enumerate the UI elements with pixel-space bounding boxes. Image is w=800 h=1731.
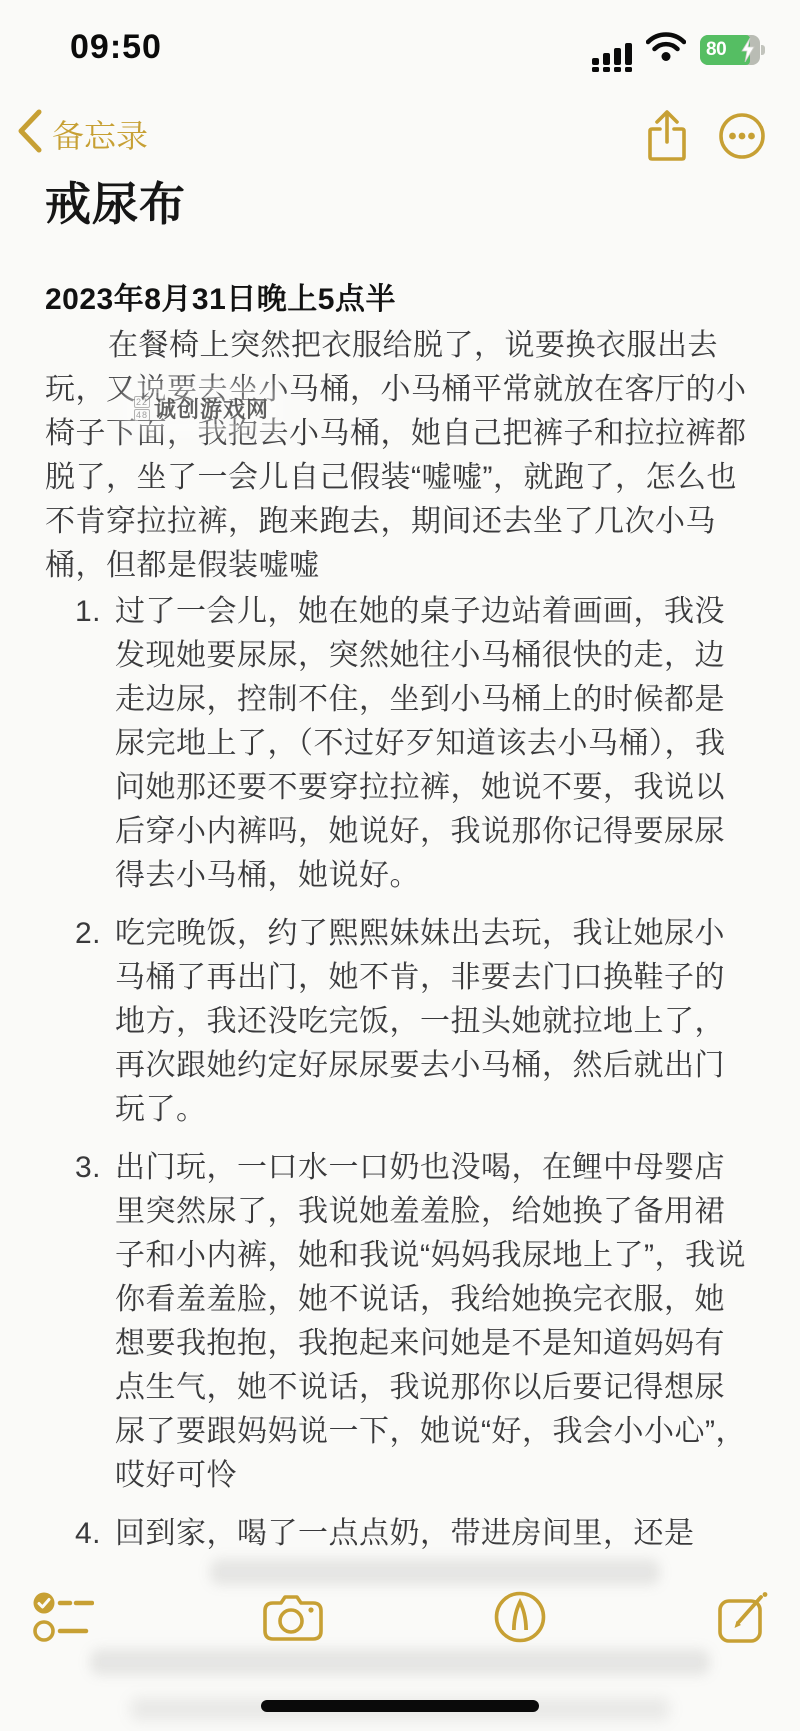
back-button[interactable]: 备忘录 <box>16 108 148 159</box>
cellular-signal-icon <box>592 35 632 65</box>
battery-percent: 80 <box>700 39 726 61</box>
camera-button[interactable] <box>263 1593 323 1641</box>
checklist-icon <box>32 1591 94 1643</box>
watermark: 22 48 诚创游戏网 <box>134 393 269 424</box>
nav-actions <box>645 108 767 164</box>
numbered-list: 1. 过了一会儿，她在她的桌子边站着画画，我没发现她要尿尿，突然她往小马桶很快的… <box>45 590 755 1556</box>
list-item-text: 过了一会儿，她在她的桌子边站着画画，我没发现她要尿尿，突然她往小马桶很快的走，边… <box>115 590 755 898</box>
list-item-text: 吃完晚饭，约了熙熙妹妹出去玩，我让她尿小马桶了再出门，她不肯，非要去门口换鞋子的… <box>115 912 755 1132</box>
list-item: 1. 过了一会儿，她在她的桌子边站着画画，我没发现她要尿尿，突然她往小马桶很快的… <box>75 590 755 898</box>
list-item-number: 4. <box>75 1512 115 1556</box>
status-icons: 80 <box>592 32 760 67</box>
wifi-icon <box>646 32 686 67</box>
home-indicator[interactable] <box>261 1700 539 1712</box>
toolbar-icons <box>0 1587 800 1647</box>
checklist-button[interactable] <box>32 1591 94 1643</box>
list-item-number: 3. <box>75 1146 115 1498</box>
share-icon <box>645 108 689 164</box>
compose-button[interactable] <box>716 1590 770 1644</box>
blurred-ghost-text <box>90 1649 710 1675</box>
list-item: 4. 回到家，喝了一点点奶，带进房间里，还是 <box>75 1512 755 1556</box>
status-bar: 09:50 80 <box>0 22 800 74</box>
intro-paragraph: 在餐椅上突然把衣服给脱了，说要换衣服出去玩，又说要去坐小马桶，小马桶平常就放在客… <box>45 324 755 588</box>
blurred-ghost-text <box>210 1559 660 1585</box>
back-label: 备忘录 <box>52 111 148 157</box>
chevron-left-icon <box>16 108 42 159</box>
nav-bar: 备忘录 <box>0 104 800 164</box>
list-item-number: 2. <box>75 912 115 1132</box>
bottom-toolbar <box>0 1551 800 1731</box>
share-button[interactable] <box>645 108 689 164</box>
clock-time: 09:50 <box>70 28 162 67</box>
more-button[interactable] <box>717 111 767 161</box>
list-item-text: 回到家，喝了一点点奶，带进房间里，还是 <box>115 1512 755 1556</box>
battery-charging-icon: 80 <box>700 35 760 65</box>
date-heading: 2023年8月31日晚上5点半 <box>45 278 755 322</box>
markup-button[interactable] <box>493 1590 547 1644</box>
compose-icon <box>716 1590 770 1644</box>
list-item-number: 1. <box>75 590 115 898</box>
watermark-text: 诚创游戏网 <box>154 393 269 424</box>
markup-pen-icon <box>493 1590 547 1644</box>
charging-bolt-icon <box>740 38 756 62</box>
list-item: 3. 出门玩，一口水一口奶也没喝，在鲤中母婴店里突然尿了，我说她羞羞脸，给她换了… <box>75 1146 755 1498</box>
watermark-logo: 22 48 <box>134 396 150 421</box>
more-ellipsis-icon <box>717 111 767 161</box>
note-body[interactable]: 2023年8月31日晚上5点半 在餐椅上突然把衣服给脱了，说要换衣服出去玩，又说… <box>45 278 755 1570</box>
list-item-text: 出门玩，一口水一口奶也没喝，在鲤中母婴店里突然尿了，我说她羞羞脸，给她换了备用裙… <box>115 1146 755 1498</box>
camera-icon <box>263 1593 323 1641</box>
note-title: 戒尿布 <box>45 168 186 234</box>
notes-app-screen: 09:50 80 <box>0 0 800 1731</box>
list-item: 2. 吃完晚饭，约了熙熙妹妹出去玩，我让她尿小马桶了再出门，她不肯，非要去门口换… <box>75 912 755 1132</box>
